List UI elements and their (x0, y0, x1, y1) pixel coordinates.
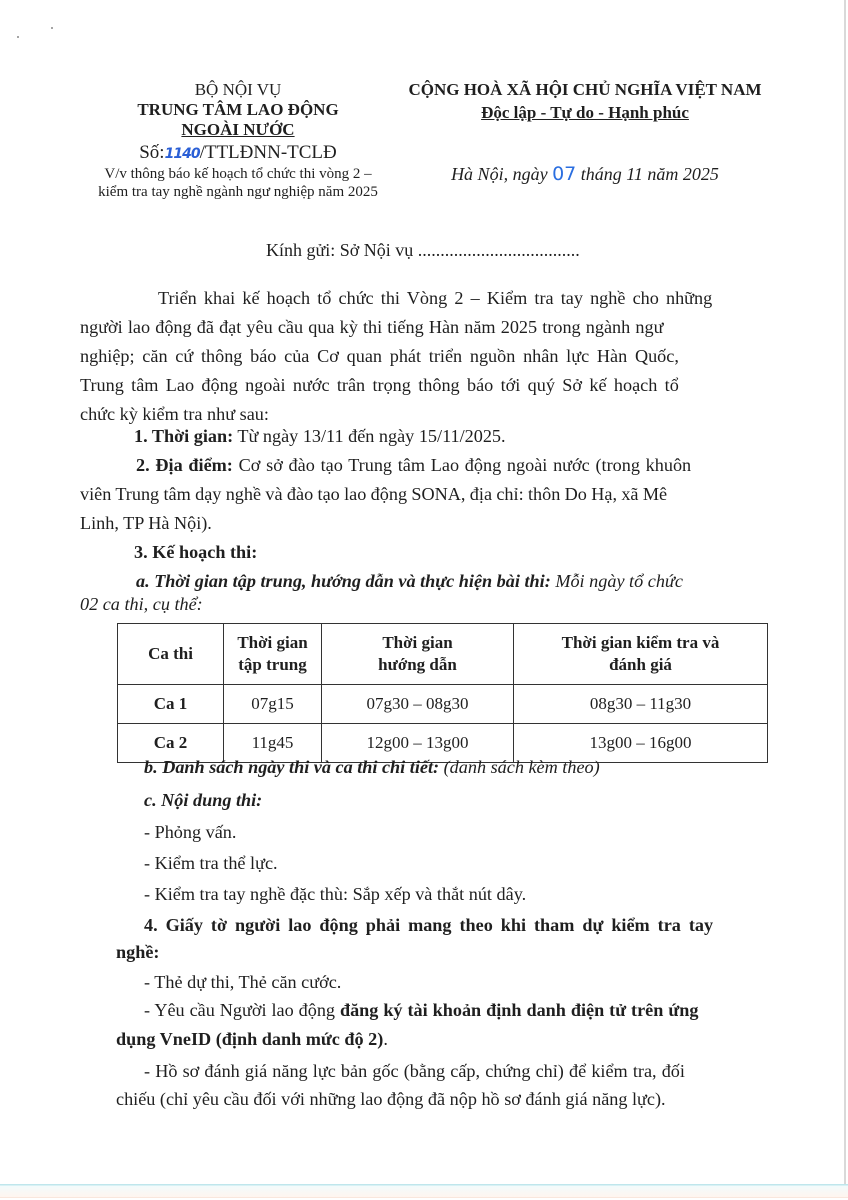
intro-line: chức kỳ kiểm tra như sau: (80, 404, 269, 425)
plan-a-label: a. Thời gian tập trung, hướng dẫn và thự… (136, 571, 551, 591)
scan-speck (51, 27, 53, 29)
place-date: Hà Nội, ngày 07 tháng 11 năm 2025 (400, 163, 770, 185)
documents-item: - Thẻ dự thi, Thẻ căn cước. (144, 972, 341, 993)
section-time-label: 1. Thời gian: (134, 426, 233, 446)
header-text: Thời gian (382, 633, 452, 652)
table-cell: Ca 1 (118, 685, 224, 724)
org-name-line2-text: NGOÀI NƯỚC (181, 120, 294, 139)
section-documents-label: 4. Giấy tờ người lao động phải mang theo… (144, 915, 713, 936)
documents-item-bold: dụng VneID (định danh mức độ 2) (116, 1029, 383, 1049)
subject-line2: kiểm tra tay nghề ngành ngư nghiệp năm 2… (78, 184, 398, 201)
intro-line: nghiệp; căn cứ thông báo của Cơ quan phá… (80, 346, 679, 367)
documents-item: - Hồ sơ đánh giá năng lực bản gốc (bằng … (144, 1061, 685, 1082)
date-prefix: Hà Nội, ngày (451, 164, 552, 184)
section-time-text: Từ ngày 13/11 đến ngày 15/11/2025. (233, 426, 505, 446)
table-header: Thời gian kiểm tra vàđánh giá (514, 624, 768, 685)
scan-speck (17, 36, 19, 38)
section-location-line: Linh, TP Hà Nội). (80, 513, 212, 534)
motto: Độc lập - Tự do - Hạnh phúc (400, 103, 770, 123)
plan-c-item: - Kiểm tra tay nghề đặc thù: Sắp xếp và … (144, 884, 526, 905)
org-name-line1: TRUNG TÂM LAO ĐỘNG (78, 100, 398, 120)
section-plan-b: b. Danh sách ngày thi và ca thi chi tiết… (144, 757, 600, 778)
table-row: Ca 1 07g15 07g30 – 08g30 08g30 – 11g30 (118, 685, 768, 724)
header-text: Thời gian kiểm tra và (562, 633, 720, 652)
documents-item: - Yêu cầu Người lao động đăng ký tài kho… (144, 1000, 698, 1021)
plan-a-text-line2: 02 ca thi, cụ thể: (80, 594, 203, 615)
documents-item-line2: chiếu (chỉ yêu cầu đối với những lao độn… (116, 1089, 666, 1110)
nation-title: CỘNG HOÀ XÃ HỘI CHỦ NGHĨA VIỆT NAM (400, 80, 770, 100)
plan-c-item: - Kiểm tra thể lực. (144, 853, 278, 874)
section-plan-a: a. Thời gian tập trung, hướng dẫn và thự… (136, 571, 683, 592)
documents-item-text: . (383, 1029, 388, 1049)
table-header: Thời gianhướng dẫn (322, 624, 514, 685)
documents-item-bold: đăng ký tài khoản định danh điện tử trên… (340, 1000, 699, 1020)
section-location-label: 2. Địa điểm: (136, 455, 233, 475)
header-text: Ca thi (148, 644, 193, 663)
table-cell: 08g30 – 11g30 (514, 685, 768, 724)
section-plan-label: 3. Kế hoạch thi: (134, 542, 257, 563)
page-bottom-edge (0, 1184, 848, 1198)
ministry-name: BỘ NỘI VỤ (78, 80, 398, 100)
section-location: 2. Địa điểm: Cơ sở đào tạo Trung tâm Lao… (136, 455, 691, 476)
plan-c-label: c. Nội dung thi: (144, 790, 262, 811)
org-name-line2: NGOÀI NƯỚC (78, 120, 398, 140)
number-suffix: /TTLĐNN-TCLĐ (200, 142, 337, 163)
section-location-text: Cơ sở đào tạo Trung tâm Lao động ngoài n… (233, 455, 691, 475)
documents-item-text: - Yêu cầu Người lao động (144, 1000, 340, 1020)
scanned-document-page: BỘ NỘI VỤ TRUNG TÂM LAO ĐỘNG NGOÀI NƯỚC … (0, 0, 848, 1200)
section-time: 1. Thời gian: Từ ngày 13/11 đến ngày 15/… (134, 426, 506, 447)
intro-line: Trung tâm Lao động ngoài nước trân trọng… (80, 375, 679, 396)
subject-line1: V/v thông báo kế hoạch tổ chức thi vòng … (78, 166, 398, 183)
header-text: hướng dẫn (378, 655, 457, 674)
table-header: Thời giantập trung (224, 624, 322, 685)
exam-schedule-table: Ca thi Thời giantập trung Thời gianhướng… (117, 623, 768, 763)
document-number: Số:1140/TTLĐNN-TCLĐ (78, 142, 398, 164)
plan-c-item: - Phỏng vấn. (144, 822, 236, 843)
date-suffix: tháng 11 năm 2025 (576, 164, 719, 184)
table-cell: 07g30 – 08g30 (322, 685, 514, 724)
page-edge (844, 0, 846, 1190)
header-text: Thời gian (237, 633, 307, 652)
intro-line: Triển khai kế hoạch tổ chức thi Vòng 2 –… (158, 288, 712, 309)
recipient-line: Kính gửi: Sở Nội vụ ....................… (266, 240, 580, 261)
plan-a-text: Mỗi ngày tổ chức (551, 571, 683, 591)
handwritten-number: 1140 (165, 146, 200, 162)
intro-line: người lao động đã đạt yêu cầu qua kỳ thi… (80, 317, 663, 338)
table-header: Ca thi (118, 624, 224, 685)
header-text: đánh giá (609, 655, 672, 674)
header-text: tập trung (238, 655, 306, 674)
plan-b-text: (danh sách kèm theo) (439, 757, 600, 777)
plan-b-label: b. Danh sách ngày thi và ca thi chi tiết… (144, 757, 439, 777)
table-cell: 07g15 (224, 685, 322, 724)
table-header-row: Ca thi Thời giantập trung Thời gianhướng… (118, 624, 768, 685)
handwritten-day: 07 (552, 163, 576, 185)
documents-item-line2: dụng VneID (định danh mức độ 2). (116, 1029, 388, 1050)
number-prefix: Số: (139, 142, 164, 163)
motto-text: Độc lập - Tự do - Hạnh phúc (481, 103, 689, 122)
section-documents-label-line2: nghề: (116, 942, 159, 963)
section-location-line: viên Trung tâm dạy nghề và đào tạo lao đ… (80, 484, 667, 505)
